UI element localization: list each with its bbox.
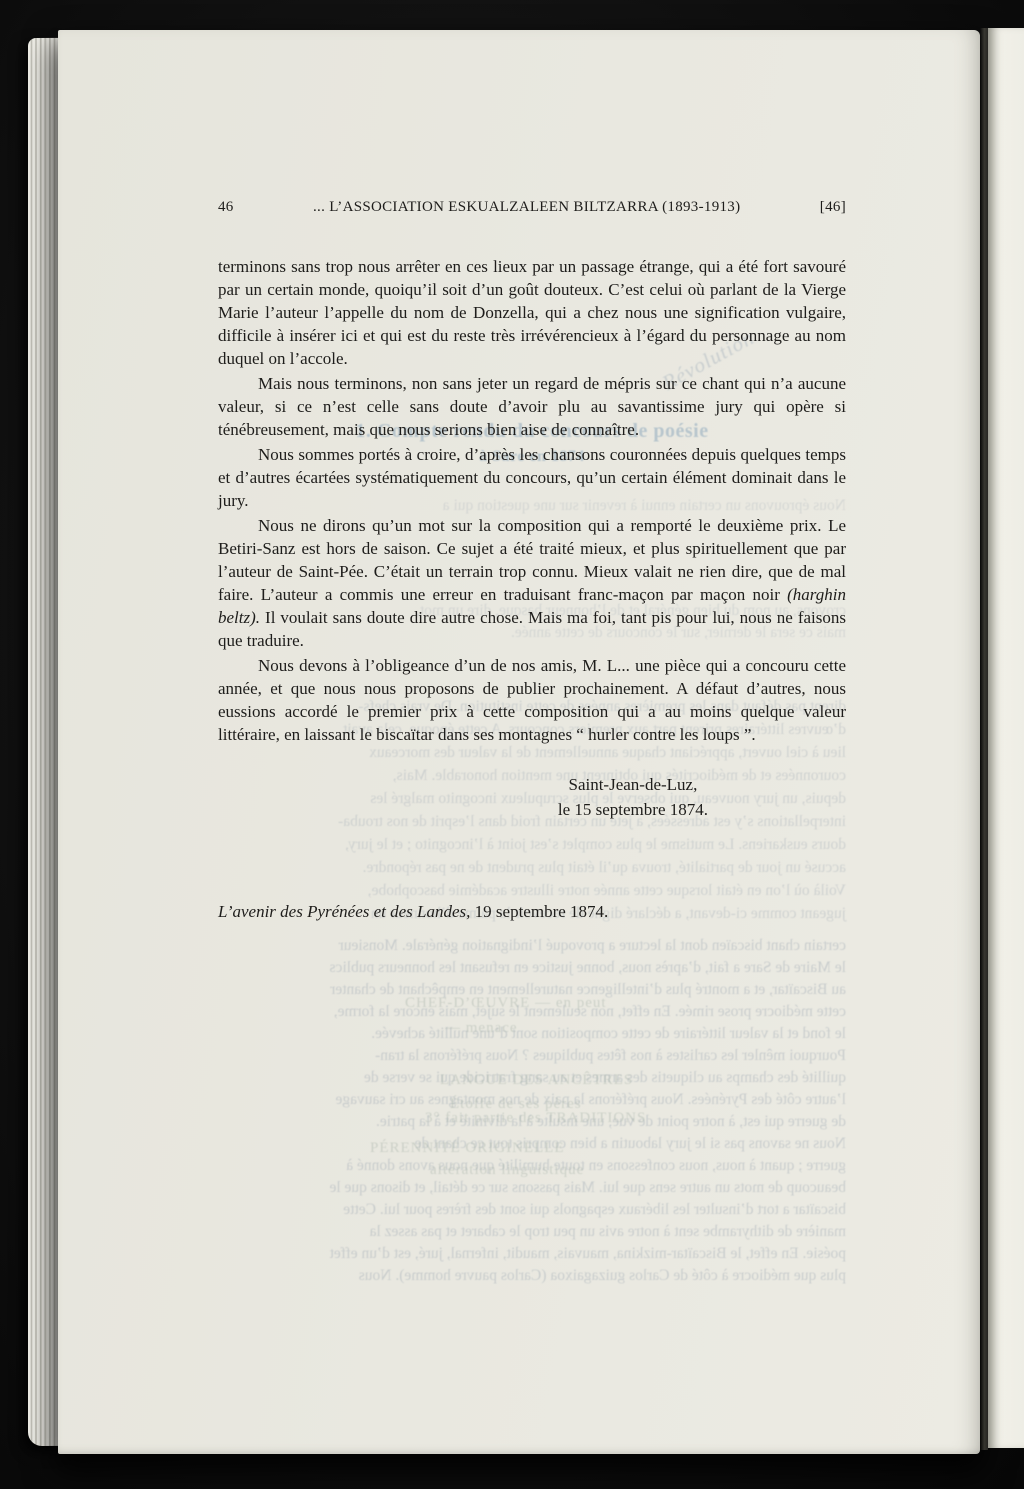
paragraph: Nous sommes portés à croire, d’après les…	[218, 443, 846, 512]
page-edge-stack	[28, 38, 62, 1446]
page-header: 46 ... L’ASSOCIATION ESKUALZALEEN BILTZA…	[218, 196, 846, 219]
bleedthrough-fragment: 3° fait partie des TRADITIONS	[425, 1110, 646, 1127]
paragraph: terminons sans trop nous arrêter en ces …	[218, 255, 846, 370]
folio-bracket: [46]	[820, 196, 846, 219]
bleedthrough-line: Pourquoi mênler les carlistes à nos fête…	[218, 1045, 846, 1067]
bleedthrough-line: poésie. En effet, le Biscaïtar-mizkina, …	[218, 1243, 846, 1265]
book-page: 1. Compte rendu du concours de poésie à …	[58, 30, 980, 1454]
running-title: ... L’ASSOCIATION ESKUALZALEEN BILTZARRA…	[234, 196, 820, 219]
gutter-crease	[980, 28, 988, 1450]
bleedthrough-line: beaucoup de mots un autre sens que lui. …	[218, 1177, 846, 1199]
source-date: 19 septembre 1874.	[470, 902, 608, 921]
source-title: L’avenir des Pyrénées et des Landes,	[218, 902, 470, 921]
bleedthrough-line: manière de dithyrambe sent à notre avis …	[218, 1221, 846, 1243]
bleedthrough-line: le Maire de Sare a fait, d’après nous, b…	[218, 957, 846, 979]
source-citation: L’avenir des Pyrénées et des Landes, 19 …	[218, 900, 846, 923]
facing-page-sliver	[988, 28, 1024, 1448]
bleedthrough-line: le fond et la valeur littéraire de cette…	[218, 1023, 846, 1045]
paragraph-text: Il voulait sans doute dire autre chose. …	[218, 608, 846, 650]
folio-number: 46	[218, 196, 234, 219]
bleedthrough-line: biscaïtar a tort d’insulter les libéraux…	[218, 1199, 846, 1221]
photo-backdrop: 1. Compte rendu du concours de poésie à …	[0, 0, 1024, 1489]
bleedthrough-fragment: LANGUE DES ANCÊTRES	[440, 1072, 633, 1089]
bleedthrough-line: certain chant biscaïen dont la lecture a…	[218, 935, 846, 957]
paragraph: Nous devons à l’obligeance d’un de nos a…	[218, 654, 846, 746]
paragraph: Nous ne dirons qu’un mot sur la composit…	[218, 514, 846, 652]
signature-date: le 15 septembre 1874.	[558, 797, 708, 822]
paragraph-text: Nous ne dirons qu’un mot sur la composit…	[218, 516, 846, 604]
bleedthrough-fragment: — menace	[445, 1020, 518, 1037]
bleedthrough-fragment: PÉRENNITÉ ORIGINELLE	[370, 1140, 565, 1157]
bleedthrough-fragment: altération linguistique	[430, 1162, 584, 1179]
bleedthrough-line: plus que médiocre à côté de Carlos guiza…	[218, 1265, 846, 1287]
text-column: 46 ... L’ASSOCIATION ESKUALZALEEN BILTZA…	[218, 196, 846, 923]
signature-block: Saint-Jean-de-Luz, le 15 septembre 1874.	[558, 772, 708, 822]
bleedthrough-fragment: CHEF-D’ŒUVRE — en peut	[405, 995, 607, 1012]
paragraph: Mais nous terminons, non sans jeter un r…	[218, 372, 846, 441]
signature-place: Saint-Jean-de-Luz,	[558, 772, 708, 797]
